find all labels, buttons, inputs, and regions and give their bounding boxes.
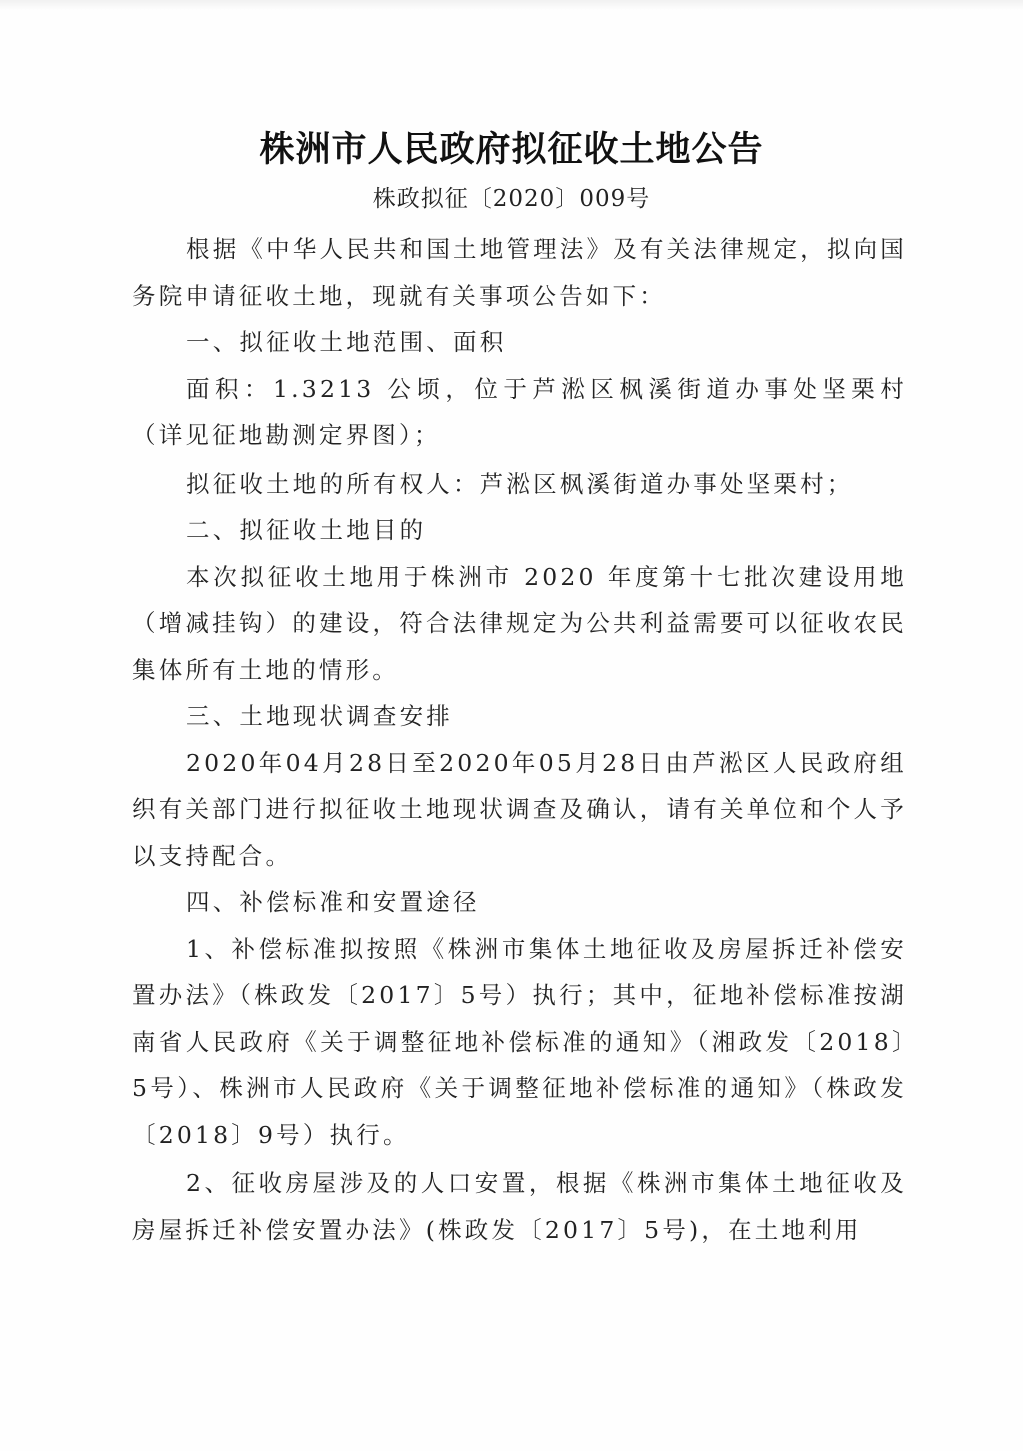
document-page: 株洲市人民政府拟征收土地公告 株政拟征〔2020〕009号 根据《中华人民共和国… [0, 0, 1023, 1451]
compensation-standard-paragraph: 1、补偿标准拟按照《株洲市集体土地征收及房屋拆迁补偿安置办法》（株政发〔2017… [132, 926, 907, 1159]
area-paragraph: 面积：1.3213 公顷，位于芦淞区枫溪街道办事处坚栗村（详见征地勘测定界图）； [132, 366, 907, 459]
section-heading-purpose: 二、拟征收土地目的 [132, 507, 907, 554]
survey-paragraph: 2020年04月28日至2020年05月28日由芦淞区人民政府组织有关部门进行拟… [132, 740, 907, 880]
section-heading-survey: 三、土地现状调查安排 [132, 693, 907, 740]
owner-paragraph: 拟征收土地的所有权人：芦淞区枫溪街道办事处坚栗村； [132, 461, 907, 508]
document-body: 根据《中华人民共和国土地管理法》及有关法律规定，拟向国务院申请征收土地，现就有关… [132, 226, 907, 1253]
intro-paragraph: 根据《中华人民共和国土地管理法》及有关法律规定，拟向国务院申请征收土地，现就有关… [132, 226, 907, 319]
scan-edge-shadow [0, 0, 1023, 10]
section-heading-compensation: 四、补偿标准和安置途径 [132, 879, 907, 926]
document-title: 株洲市人民政府拟征收土地公告 [0, 122, 1023, 172]
section-heading-scope-area: 一、拟征收土地范围、面积 [132, 319, 907, 366]
resettlement-paragraph: 2、征收房屋涉及的人口安置，根据《株洲市集体土地征收及房屋拆迁补偿安置办法》(株… [132, 1160, 907, 1253]
purpose-paragraph: 本次拟征收土地用于株洲市 2020 年度第十七批次建设用地（增减挂钩）的建设，符… [132, 554, 907, 694]
document-number: 株政拟征〔2020〕009号 [0, 180, 1023, 213]
